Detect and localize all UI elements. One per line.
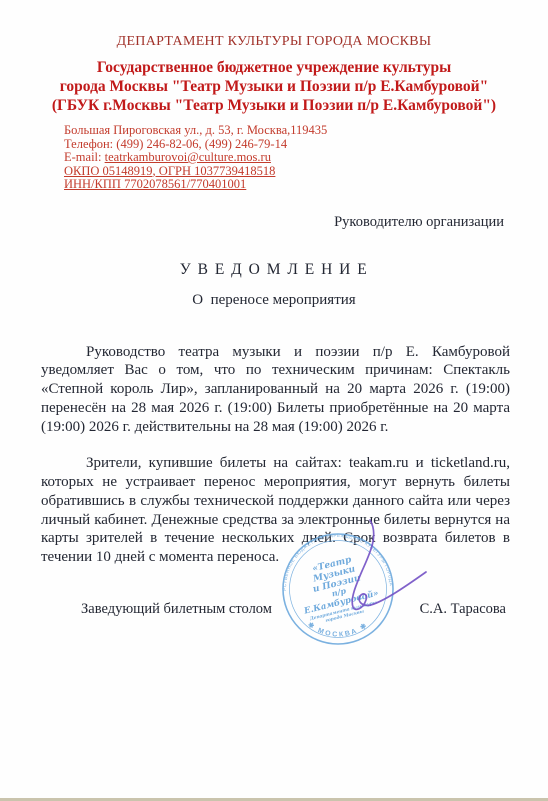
department-heading: ДЕПАРТАМЕНТ КУЛЬТУРЫ ГОРОДА МОСКВЫ	[0, 34, 548, 50]
stamp-center-line: и Поэзии	[312, 573, 362, 595]
document-page: ДЕПАРТАМЕНТ КУЛЬТУРЫ ГОРОДА МОСКВЫ Госуд…	[0, 0, 548, 801]
signer-name: С.А. Тарасова	[420, 601, 506, 618]
inn-kpp-line: ИНН/КПП 7702078561/770401001	[64, 178, 548, 192]
stamp-center-line: п/р	[331, 585, 348, 598]
body-paragraph-1: Руководство театра музыки и поэзии п/р Е…	[41, 343, 510, 437]
body-paragraph-2: Зрители, купившие билеты на сайтах: teak…	[41, 454, 510, 567]
organization-line-1: Государственное бюджетное учреждение кул…	[0, 58, 548, 77]
organization-name: Государственное бюджетное учреждение кул…	[0, 58, 548, 115]
recipient-line: Руководителю организации	[0, 214, 548, 231]
organization-line-3: (ГБУК г.Москвы "Театр Музыки и Поэзии п/…	[0, 96, 548, 115]
phone-line: Телефон: (499) 246-82-06, (499) 246-79-1…	[64, 138, 548, 152]
document-title: У В Е Д О М Л Е Н И Е	[0, 261, 548, 279]
organization-line-2: города Москвы "Театр Музыки и Поэзии п/р…	[0, 77, 548, 96]
email-label: E-mail:	[64, 150, 105, 164]
email-address: teatrkamburovoi@culture.mos.ru	[105, 150, 271, 164]
signer-position: Заведующий билетным столом	[81, 601, 272, 618]
document-subtitle: О переносе мероприятия	[0, 292, 548, 309]
postal-address: Большая Пироговская ул., д. 53, г. Москв…	[64, 124, 548, 138]
email-line: E-mail: teatrkamburovoi@culture.mos.ru	[64, 151, 548, 165]
signature-row: Заведующий билетным столом С.А. Тарасова	[81, 601, 506, 618]
contact-block: Большая Пироговская ул., д. 53, г. Москв…	[64, 124, 548, 192]
stamp-center-line: Музыки	[311, 564, 356, 584]
stamp-ring-bottom-text: ✱ МОСКВА ✱	[306, 621, 369, 639]
okpo-ogrn-line: ОКПО 05148919, ОГРН 1037739418518	[64, 165, 548, 179]
